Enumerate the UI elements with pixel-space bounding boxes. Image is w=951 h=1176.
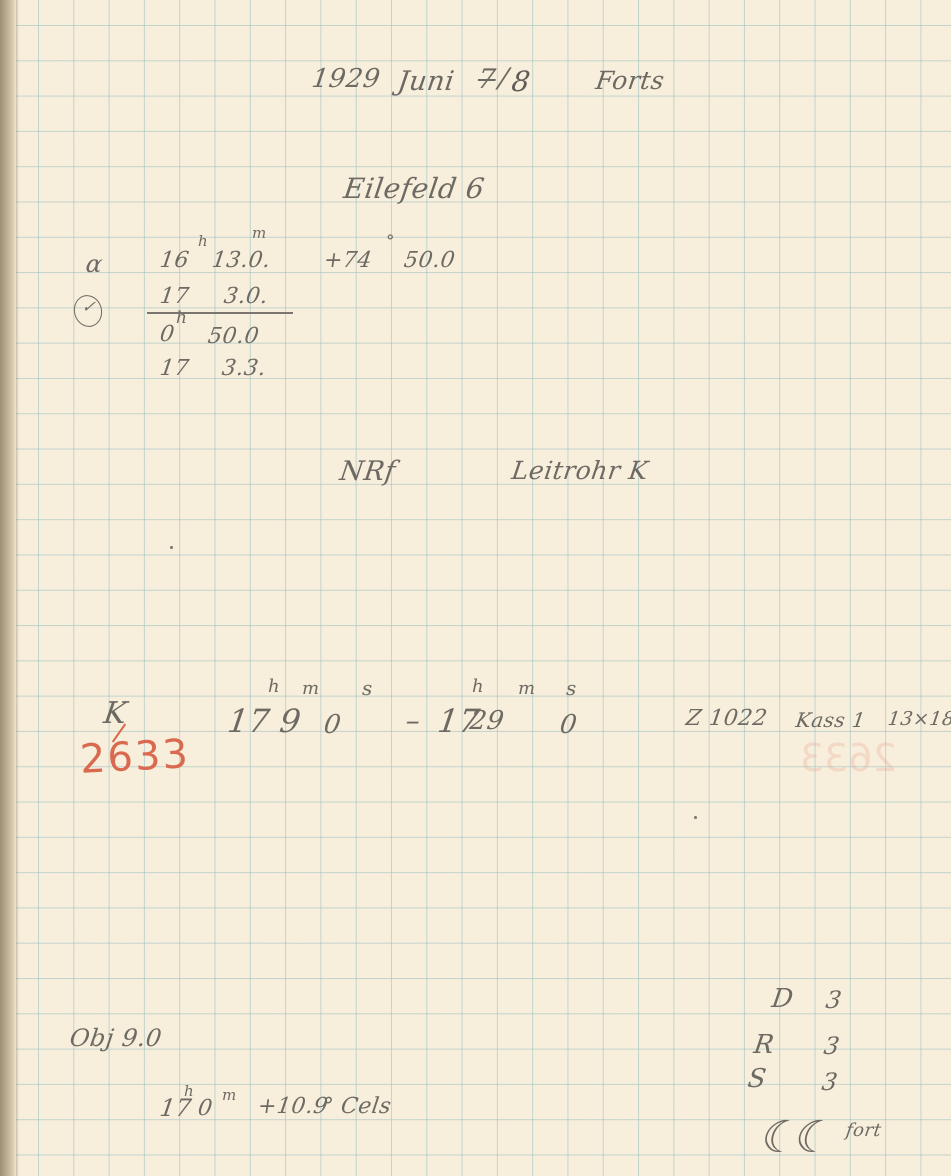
notebook-binding xyxy=(0,0,16,1176)
ink-speck xyxy=(694,816,697,819)
plate-number: 2633 xyxy=(79,731,191,783)
condition-symbol-d: D xyxy=(770,984,796,1014)
ink-speck xyxy=(170,546,173,549)
ra-minutes: 13.0. xyxy=(210,248,272,273)
plate-size: 13×18 xyxy=(886,708,951,730)
header-forts: Forts xyxy=(594,66,666,95)
ra-hours-unit: h xyxy=(198,232,208,250)
exposure-end-m-unit: m xyxy=(518,678,535,699)
start-time-hours: 17 xyxy=(158,356,191,381)
header-day-struck: 7 xyxy=(476,64,498,95)
binding-shadow xyxy=(16,0,19,1176)
temp-time-m-unit: m xyxy=(222,1086,236,1104)
exposure-start-s-unit: s xyxy=(362,676,372,700)
condition-value-r: 3 xyxy=(822,1032,842,1060)
alpha-symbol: α xyxy=(84,250,105,278)
header-day: 8 xyxy=(510,65,533,98)
instrument-label: NRf xyxy=(338,456,398,487)
sidereal-hours: 17 xyxy=(158,284,191,309)
start-time-minutes: 3.3. xyxy=(220,356,267,381)
header-year: 1929 xyxy=(310,64,382,94)
objective-note: Obj 9.0 xyxy=(68,1024,164,1052)
sidereal-check: ✓ xyxy=(81,297,98,316)
temperature-unit: ° Cels xyxy=(320,1094,393,1119)
cassette: Kass 1 xyxy=(794,708,867,732)
condition-value-d: 3 xyxy=(824,986,844,1014)
exposure-separator: – xyxy=(404,704,423,737)
declination-degree-unit: ° xyxy=(386,232,395,252)
notebook-page: 1929 Juni 7 / 8 Forts Eilefeld 6 α 16 h … xyxy=(0,0,951,1176)
hour-angle-minutes: 50.0 xyxy=(206,324,260,349)
condition-value-s: 3 xyxy=(820,1068,840,1096)
sum-rule xyxy=(147,312,293,314)
condition-symbol-r: R xyxy=(752,1030,776,1060)
exposure-end-seconds: 0 xyxy=(558,710,579,740)
hour-angle-hours: 0 xyxy=(158,322,176,347)
bleed-through-number: 2633 xyxy=(800,736,897,780)
temp-time-h-unit: h xyxy=(184,1082,194,1100)
moon-label: fort xyxy=(845,1120,883,1141)
exposure-end-minutes: 29 xyxy=(468,706,506,736)
exposure-start-m-unit: m xyxy=(302,678,319,699)
guide-tube-label: Leitrohr K xyxy=(510,456,650,485)
exposure-start-seconds: 0 xyxy=(322,710,343,740)
declination-degrees: +74 xyxy=(322,248,373,273)
field-name: Eilefeld 6 xyxy=(342,172,487,205)
hour-angle-unit: h xyxy=(176,308,187,328)
exposure-end-s-unit: s xyxy=(566,676,576,700)
condition-symbol-s: S xyxy=(746,1064,769,1094)
declination-minutes: 50.0 xyxy=(402,248,456,273)
header-slash: / xyxy=(497,63,511,94)
ra-hours: 16 xyxy=(158,248,191,273)
ra-minutes-unit: m xyxy=(252,224,266,242)
temp-time-minutes: 0 xyxy=(196,1096,214,1121)
exposure-end-h-unit: h xyxy=(472,676,484,697)
sidereal-minutes: 3.0. xyxy=(222,284,269,309)
exposure-start-h-unit: h xyxy=(268,676,280,697)
plate-id: Z 1022 xyxy=(684,706,769,731)
temperature-value: +10.9 xyxy=(256,1094,329,1119)
moon-icon: ☾☾ xyxy=(758,1112,825,1163)
header-month: Juni xyxy=(396,66,457,97)
exposure-start-hours: 17 xyxy=(225,702,272,740)
exposure-start-minutes: 9 xyxy=(277,702,303,740)
